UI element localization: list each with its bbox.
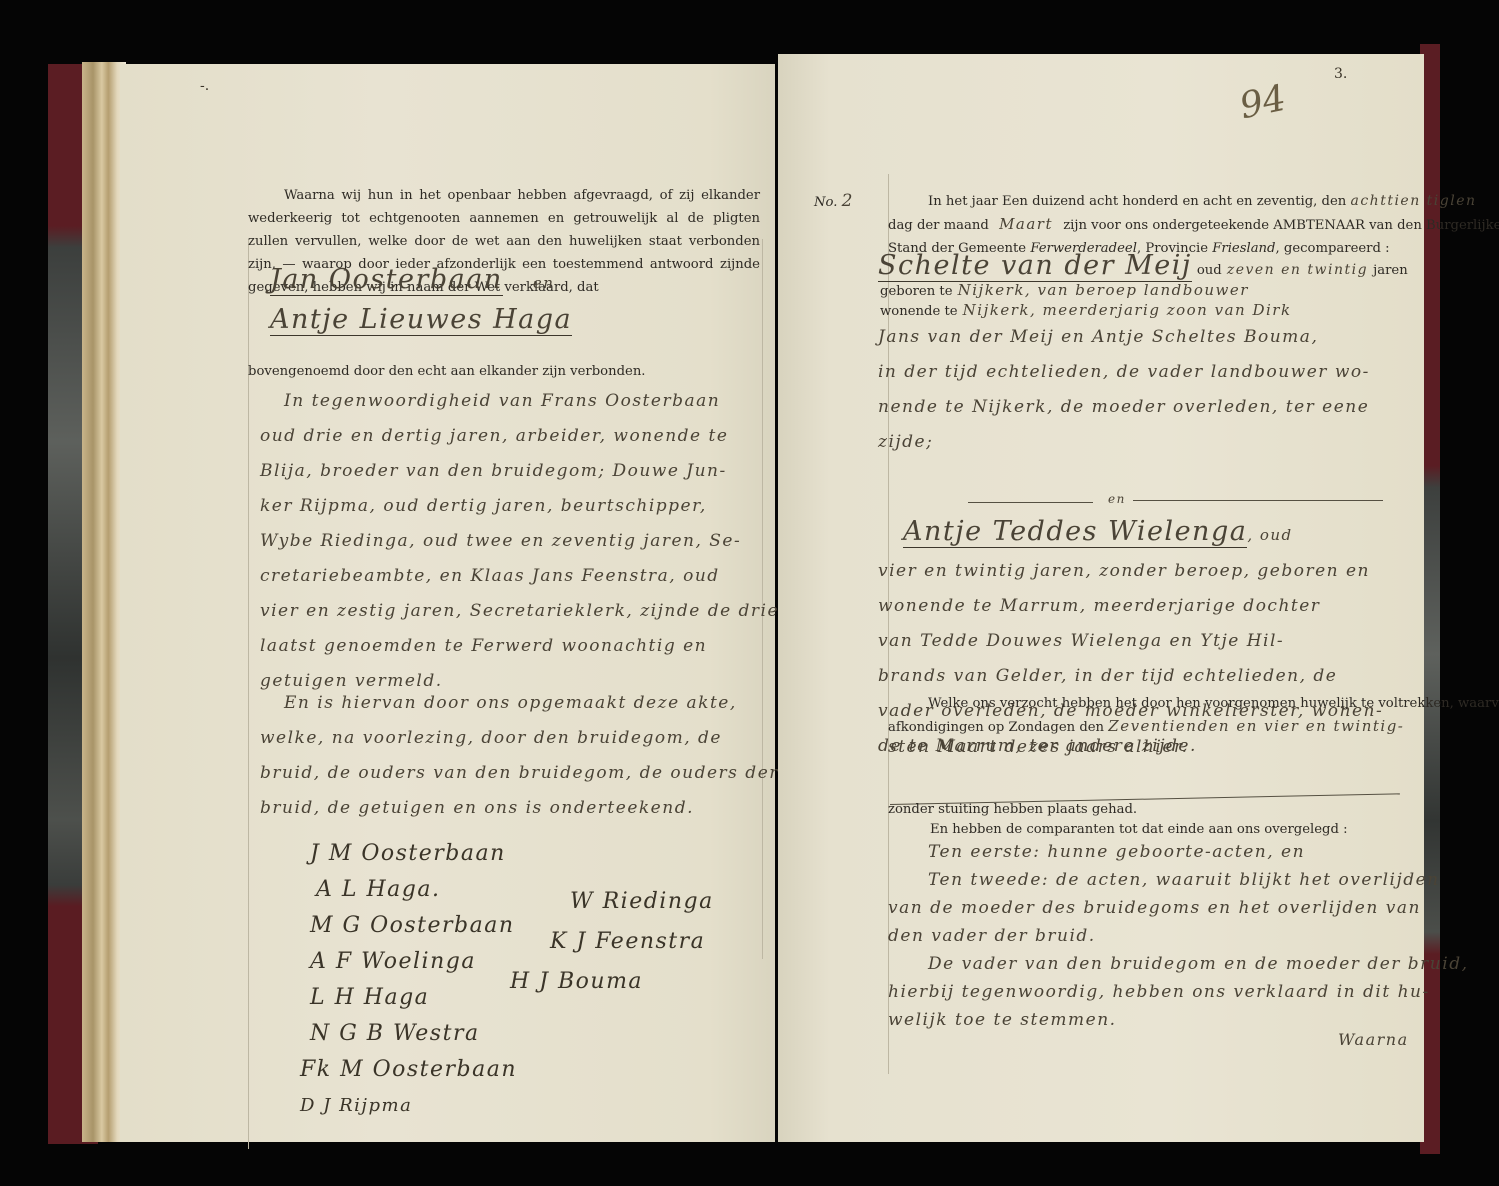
page-number: 3. — [1334, 66, 1347, 82]
signatures-left-column: J M Oosterbaan A L Haga. M G Oosterbaan … — [310, 836, 517, 1124]
label-geboren: geboren te — [880, 284, 953, 299]
witness-line: vier en zestig jaren, Secretarieklerk, z… — [260, 594, 779, 629]
label-jaren: jaren — [1373, 263, 1408, 278]
date-line-2: dag der maand Maart zijn voor ons onderg… — [888, 213, 1398, 237]
hand-line: zijde; — [878, 425, 1370, 460]
hand-month: Maart — [999, 215, 1053, 233]
bride-age-start: , oud — [1247, 526, 1292, 544]
hand-line: Jans van der Meij en Antje Scheltes Boum… — [878, 320, 1370, 355]
witness-line: cretariebeambte, en Klaas Jans Feenstra,… — [260, 559, 779, 594]
signature: M G Oosterbaan — [310, 908, 517, 944]
closing-line: En is hiervan door ons opgemaakt deze ak… — [260, 686, 779, 721]
catchword: Waarna — [1338, 1030, 1409, 1049]
hand-line: nende te Nijkerk, de moeder overleden, t… — [878, 390, 1370, 425]
witness-line: ker Rijpma, oud dertig jaren, beurtschip… — [260, 489, 779, 524]
bride-name: Antje Lieuwes Haga — [270, 304, 572, 336]
signature: L H Haga — [310, 980, 517, 1016]
groom-name-line: Schelte van der Meij oud zeven en twinti… — [878, 250, 1398, 282]
hand-line: van de moeder des bruidegoms en het over… — [888, 894, 1468, 922]
corner-mark: -. — [200, 78, 209, 94]
printed-text: In het jaar Een duizend acht honderd en … — [928, 194, 1346, 209]
signature: J M Oosterbaan — [310, 836, 517, 872]
printed-request: Welke ons verzocht hebben het door hen v… — [888, 692, 1398, 715]
printed-text: zijn voor ons ondergeteekende AMBTENAAR … — [1063, 218, 1499, 233]
signature: Fk M Oosterbaan — [300, 1052, 517, 1088]
folio-mark: 94 — [1236, 78, 1289, 128]
hand-line: brands van Gelder, in der tijd echtelied… — [878, 659, 1383, 694]
record-number-value: 2 — [842, 191, 854, 211]
signature: W Riedinga — [570, 882, 714, 922]
connector-en: en — [533, 274, 555, 292]
groom-name: Jan Oosterbaan — [270, 264, 503, 296]
connector-en: en — [1108, 492, 1126, 506]
right-page: 3. 94 No. 2 In het jaar Een duizend acht… — [778, 54, 1424, 1142]
proclamation-dates-2: sten Maart dezes jaars alhier. — [888, 730, 1189, 765]
documents-block: Ten eerste: hunne geboorte-acten, en Ten… — [888, 838, 1468, 1034]
witness-line: Blija, broeder van den bruidegom; Douwe … — [260, 454, 779, 489]
groom-age: zeven en twintig — [1227, 262, 1368, 278]
witness-line: Wybe Riedinga, oud twee en zeventig jare… — [260, 524, 779, 559]
groom-name-line: Jan Oosterbaan en — [270, 264, 554, 295]
hand-line: De vader van den bruidegom en de moeder … — [888, 950, 1468, 978]
printed-bonded: bovengenoemd door den echt aan elkander … — [248, 360, 646, 383]
divider-right — [1133, 500, 1383, 501]
groom-parents-block: Jans van der Meij en Antje Scheltes Boum… — [878, 320, 1370, 460]
closing-block: En is hiervan door ons opgemaakt deze ak… — [260, 686, 779, 826]
signatures-right-column: W Riedinga K J Feenstra H J Bouma — [570, 882, 714, 1002]
groom-name: Schelte van der Meij — [878, 250, 1192, 282]
label-wonende: wonende te — [880, 304, 958, 319]
signature: A L Haga. — [310, 872, 517, 908]
left-page: -. Waarna wij hun in het openbaar hebben… — [120, 64, 775, 1142]
bride-name: Antje Teddes Wielenga — [903, 516, 1247, 548]
closing-line: bruid, de ouders van den bruidegom, de o… — [260, 756, 779, 791]
signature: D J Rijpma — [300, 1088, 517, 1124]
hand-line: van Tedde Douwes Wielenga en Ytje Hil- — [878, 624, 1383, 659]
witness-line: laatst genoemden te Ferwerd woonachtig e… — [260, 629, 779, 664]
witness-line: In tegenwoordigheid van Frans Oosterbaan — [260, 384, 779, 419]
hand-line: in der tijd echtelieden, de vader landbo… — [878, 355, 1370, 390]
divider-left — [968, 502, 1093, 503]
hand-line: Ten eerste: hunne geboorte-acten, en — [888, 838, 1468, 866]
hand-line: Ten tweede: de acten, waaruit blijkt het… — [888, 866, 1468, 894]
signature: A F Woelinga — [310, 944, 517, 980]
hand-date-day: achttien tiglen — [1350, 193, 1476, 209]
groom-birth: Nijkerk, van beroep landbouwer — [958, 281, 1249, 299]
signature: K J Feenstra — [550, 922, 714, 962]
witness-line: oud drie en dertig jaren, arbeider, wone… — [260, 419, 779, 454]
bride-name-line: Antje Lieuwes Haga — [270, 304, 572, 335]
hand-line: wonende te Marrum, meerderjarige dochter — [878, 589, 1383, 624]
groom-residence: Nijkerk, meerderjarig zoon van Dirk — [963, 301, 1292, 319]
closing-line: welke, na voorlezing, door den bruidegom… — [260, 721, 779, 756]
hand-line: den vader der bruid. — [888, 922, 1468, 950]
record-number: No. 2 — [814, 190, 854, 214]
signature: N G B Westra — [310, 1016, 517, 1052]
printed-text: dag der maand — [888, 218, 989, 233]
label-oud: oud — [1197, 263, 1222, 278]
bride-name-line: Antje Teddes Wielenga, oud — [903, 516, 1293, 547]
witnesses-block: In tegenwoordigheid van Frans Oosterbaan… — [260, 384, 779, 699]
closing-line: bruid, de getuigen en ons is onderteeken… — [260, 791, 779, 826]
date-line-1: In het jaar Een duizend acht honderd en … — [888, 190, 1398, 213]
hand-line: vier en twintig jaren, zonder beroep, ge… — [878, 554, 1383, 589]
record-number-label: No. — [814, 195, 837, 210]
signature: H J Bouma — [510, 962, 714, 1002]
hand-line: hierbij tegenwoordig, hebben ons verklaa… — [888, 978, 1468, 1006]
